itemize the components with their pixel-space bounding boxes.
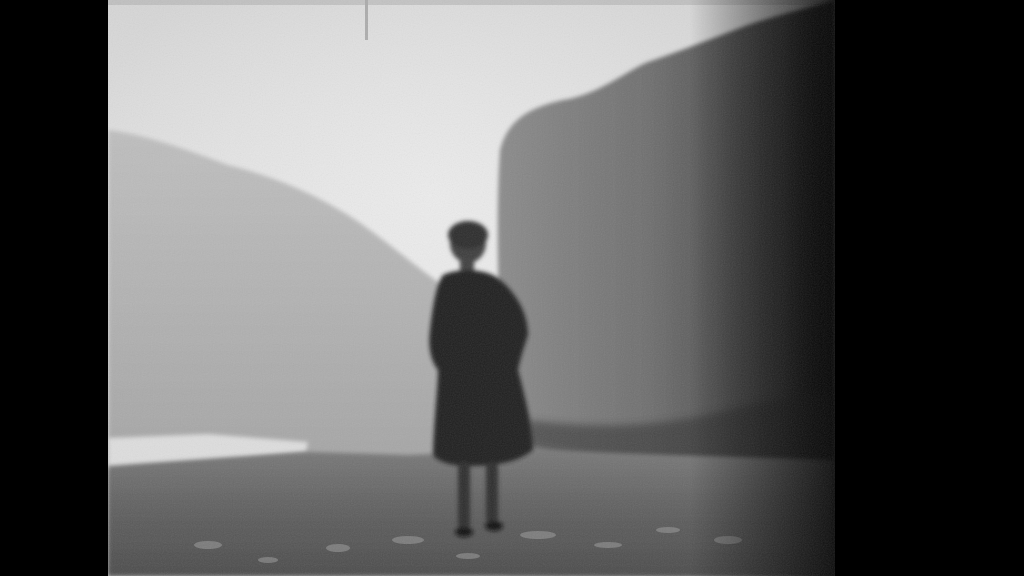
letterbox-left [0, 0, 108, 576]
scene-illustration [108, 0, 835, 576]
film-frame [108, 0, 835, 576]
letterbox-right [835, 0, 1024, 576]
film-grain [108, 0, 835, 576]
